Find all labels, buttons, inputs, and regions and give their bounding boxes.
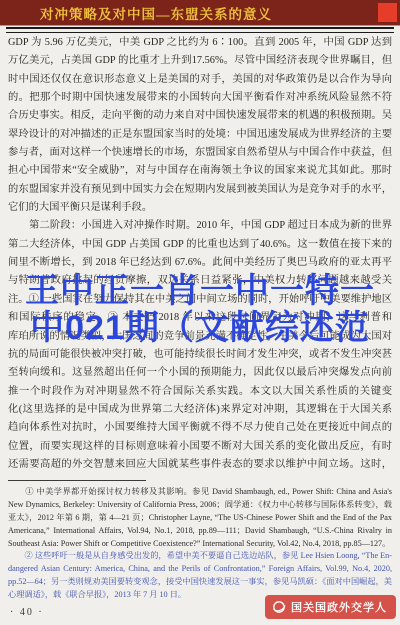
body-line: 推一个时段作为对冲期显然不符合国际关系实践。本文以大国关系性质的关键变 xyxy=(8,383,392,401)
body-line: 万亿美元，占美国 GDP 的比重才上升到17.56%。尽管中国经济表现令世界瞩目… xyxy=(8,52,392,70)
body-line: 参与者，面对这样一个快速增长的市场，东盟国家自然希望从与中国合作中获益，但又 xyxy=(8,144,392,162)
footnote-line: 亚太》，2012 年第 6 期，第 4—21 页；Christopher Lay… xyxy=(8,512,392,525)
body-line: 时中国还仅仅在意识形态意义上是美国的对手，美国的对华政策仍是以合作为导向 xyxy=(8,71,392,89)
watermark-line-2: 中021期（文献综述范 xyxy=(0,310,400,347)
body-line: 化(这里选择的是中国成为世界第二大经济体)来界定对冲期，其逻辑在于大国关系 xyxy=(8,401,392,419)
body-line: 还需要高超的外交智慧来回应大国就某些事件表态的要求以维护中间立场。这时， xyxy=(8,456,392,474)
publisher-badge: 国关国政外交学人 xyxy=(265,595,396,619)
body-line: 间里不断增长，到 2018 年已经达到 67.6%。此间中美经历了奥巴马政府的亚… xyxy=(8,254,392,272)
footnote-line: ② 这些呼吁一般是从自身感受出发的，希望中美不要逼自己选边站队，参见 Lee H… xyxy=(8,550,392,563)
body-line: 抗的局面可能很快被冲突打破，也可能持续很长时间才发生冲突，或者不发生冲突甚 xyxy=(8,346,392,364)
body-text-block: GDP 为 5.96 万亿美元，中美 GDP 之比约为 6∶100。直到 200… xyxy=(8,34,392,474)
body-line: 的。把那个时期中国快速发展带来的小国转向大国平衡看作对冲系统风险显然不符 xyxy=(8,89,392,107)
footnote-line: Americana,” International Affairs, Vol.9… xyxy=(8,525,392,538)
body-line: 合历史事实。相反，走向平衡的动力来自对中国快速发展带来的机遇的积极预期。吴 xyxy=(8,107,392,125)
banner-title: 对冲策略及对中国—东盟关系的意义 xyxy=(0,3,272,23)
body-line: 担心中国带来“安全威胁”，对与中国存在南海领土争议的国家来说尤其如此。那时 xyxy=(8,162,392,180)
footnote-line: dangered Asian Century: America, China, … xyxy=(8,563,392,576)
body-line: 第二阶段：小国进入对冲操作时期。2010 年，中国 GDP 超过日本成为新的世界 xyxy=(8,217,392,235)
body-line: 的东盟国家并没有预见到中国实力会在短期内发展到被美国认为是竞争对手的水平， xyxy=(8,181,392,199)
footnote-line: Southeast Asia: Power Shift or Competiti… xyxy=(8,538,392,551)
footnote-line: New Dynamics, Berkeley: University of Ca… xyxy=(8,499,392,512)
body-line: GDP 为 5.96 万亿美元，中美 GDP 之比约为 6∶100。直到 200… xyxy=(8,34,392,52)
body-line: 趋向体系性对抗时，小国要维持大国平衡就不得不尽力使自己处在更接近中间点的 xyxy=(8,419,392,437)
footnote-1: ① 中美学界都开始探讨权力转移及其影响。参见 David Shambaugh, … xyxy=(8,486,392,550)
watermark-line-1: 王中正一肖一中一特一 xyxy=(0,273,400,310)
body-line: 位置，而要实现这样的目标则意味着小国要不断对大国关系的变化做出反应，有时 xyxy=(8,438,392,456)
red-corner-mark xyxy=(378,3,397,22)
scanned-document-page: 对冲策略及对中国—东盟关系的意义 GDP 为 5.96 万亿美元，中美 GDP … xyxy=(0,0,400,625)
top-overlay-banner: 对冲策略及对中国—东盟关系的意义 xyxy=(0,0,400,25)
header-double-rule xyxy=(6,27,394,33)
body-line: 第二大经济体，中国 GDP 占美国 GDP 的比重也达到了40.6%。这一数值在… xyxy=(8,236,392,254)
watermark-overlay: 王中正一肖一中一特一 中021期（文献综述范 xyxy=(0,273,400,347)
footnote-line: pp.52—64；另一类则规劝美国要转变观念，接受中国快速发展这一事实，参见马凯… xyxy=(8,576,392,589)
body-line: 翠玲设计的对冲描述的正是东盟国家当时的处境：中国迅速发展成为世界经济的主要 xyxy=(8,126,392,144)
badge-label: 国关国政外交学人 xyxy=(291,599,387,615)
body-line: 至转向缓和。这显然超出任何一个小国的预期能力，因此仅以最后冲突爆发点向前 xyxy=(8,364,392,382)
footnote-separator xyxy=(8,480,146,481)
page-number: · 40 · xyxy=(10,607,44,618)
globe-logo-icon xyxy=(272,600,286,614)
footnote-line: ① 中美学界都开始探讨权力转移及其影响。参见 David Shambaugh, … xyxy=(8,486,392,499)
footnotes-block: ① 中美学界都开始探讨权力转移及其影响。参见 David Shambaugh, … xyxy=(8,486,392,602)
body-line: 它们的大国平衡只是谋利手段。 xyxy=(8,199,392,217)
